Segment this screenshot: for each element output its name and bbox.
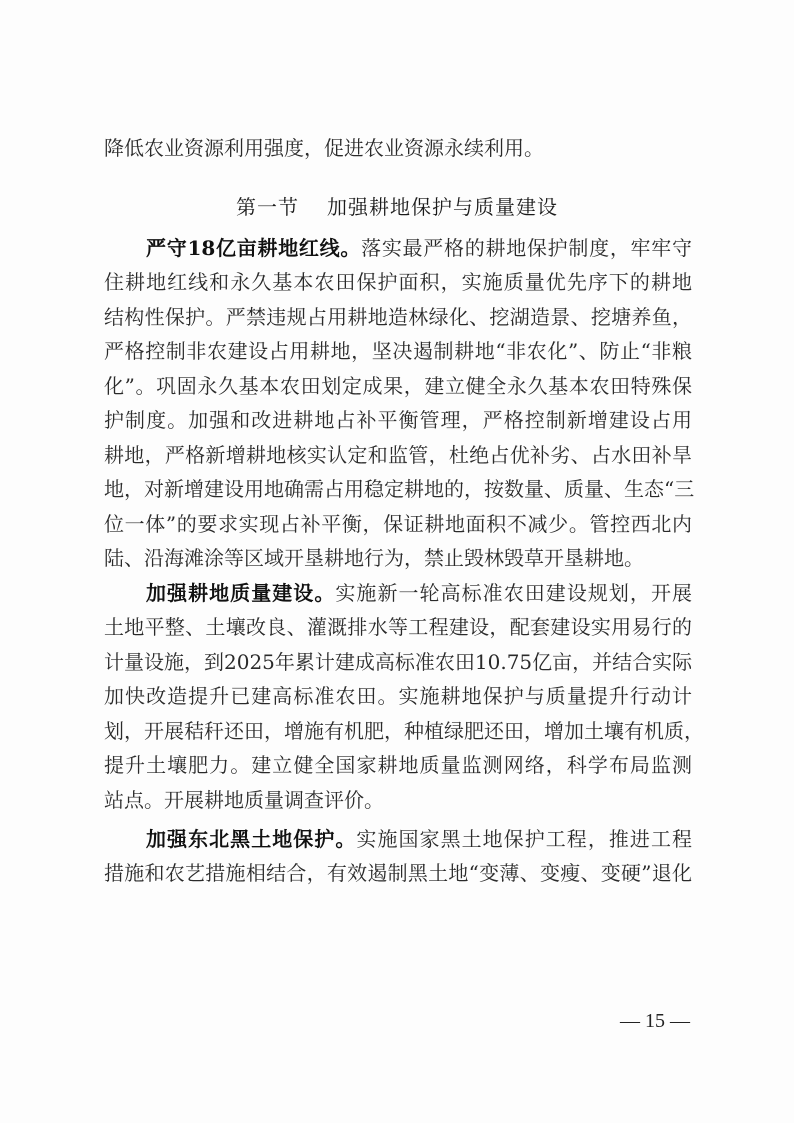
paragraph-2-line-1: 加强耕地质量建设。实施新一轮高标准农田建设规划，开展 — [146, 576, 692, 610]
paragraph-1-line: 位一体”的要求实现占补平衡，保证耕地面积不减少。管控西北内 — [104, 507, 692, 541]
paragraph-2-line: 提升土壤肥力。建立健全国家耕地质量监测网络，科学布局监测 — [104, 748, 692, 782]
section-heading: 第一节加强耕地保护与质量建设 — [0, 190, 794, 224]
paragraph-3-line-1: 加强东北黑土地保护。实施国家黑土地保护工程，推进工程 — [146, 822, 692, 856]
paragraph-2-lead: 加强耕地质量建设。 — [146, 581, 335, 605]
page-number: — 15 — — [600, 1010, 690, 1033]
paragraph-3-lead: 加强东北黑土地保护。 — [146, 827, 356, 851]
paragraph-1-line: 严格控制非农建设占用耕地，坚决遏制耕地“非农化”、防止“非粮 — [104, 334, 692, 368]
continuation-line: 降低农业资源利用强度，促进农业资源永续利用。 — [104, 131, 692, 165]
paragraph-1-lead: 严守18亿亩耕地红线。 — [146, 236, 361, 260]
section-number: 第一节 — [236, 195, 299, 219]
paragraph-1-line: 护制度。加强和改进耕地占补平衡管理，严格控制新增建设占用 — [104, 403, 692, 437]
paragraph-2-line: 土地平整、土壤改良、灌溉排水等工程建设，配套建设实用易行的 — [104, 610, 692, 644]
paragraph-1-line: 耕地，严格新增耕地核实认定和监管，杜绝占优补劣、占水田补旱 — [104, 438, 692, 472]
paragraph-2-line: 站点。开展耕地质量调查评价。 — [104, 783, 692, 817]
paragraph-1-line: 地，对新增建设用地确需占用稳定耕地的，按数量、质量、生态“三 — [104, 472, 692, 506]
paragraph-2-line: 加快改造提升已建高标准农田。实施耕地保护与质量提升行动计 — [104, 679, 692, 713]
paragraph-1-line: 住耕地红线和永久基本农田保护面积，实施质量优先序下的耕地 — [104, 265, 692, 299]
paragraph-2-line: 划，开展秸秆还田，增施有机肥，种植绿肥还田，增加土壤有机质， — [104, 714, 692, 748]
paragraph-1-line: 化”。巩固永久基本农田划定成果，建立健全永久基本农田特殊保 — [104, 369, 692, 403]
paragraph-1-line-1: 严守18亿亩耕地红线。落实最严格的耕地保护制度，牢牢守 — [146, 231, 692, 265]
paragraph-1-line: 结构性保护。严禁违规占用耕地造林绿化、挖湖造景、挖塘养鱼， — [104, 300, 692, 334]
paragraph-3-line: 措施和农艺措施相结合，有效遏制黑土地“变薄、变瘦、变硬”退化 — [104, 856, 692, 890]
section-title: 加强耕地保护与质量建设 — [327, 195, 558, 219]
paragraph-2-line: 计量设施，到2025年累计建成高标准农田10.75亿亩，并结合实际 — [104, 645, 692, 679]
document-page: 降低农业资源利用强度，促进农业资源永续利用。 第一节加强耕地保护与质量建设 严守… — [0, 0, 794, 1123]
paragraph-1-line: 陆、沿海滩涂等区域开垦耕地行为，禁止毁林毁草开垦耕地。 — [104, 541, 692, 575]
